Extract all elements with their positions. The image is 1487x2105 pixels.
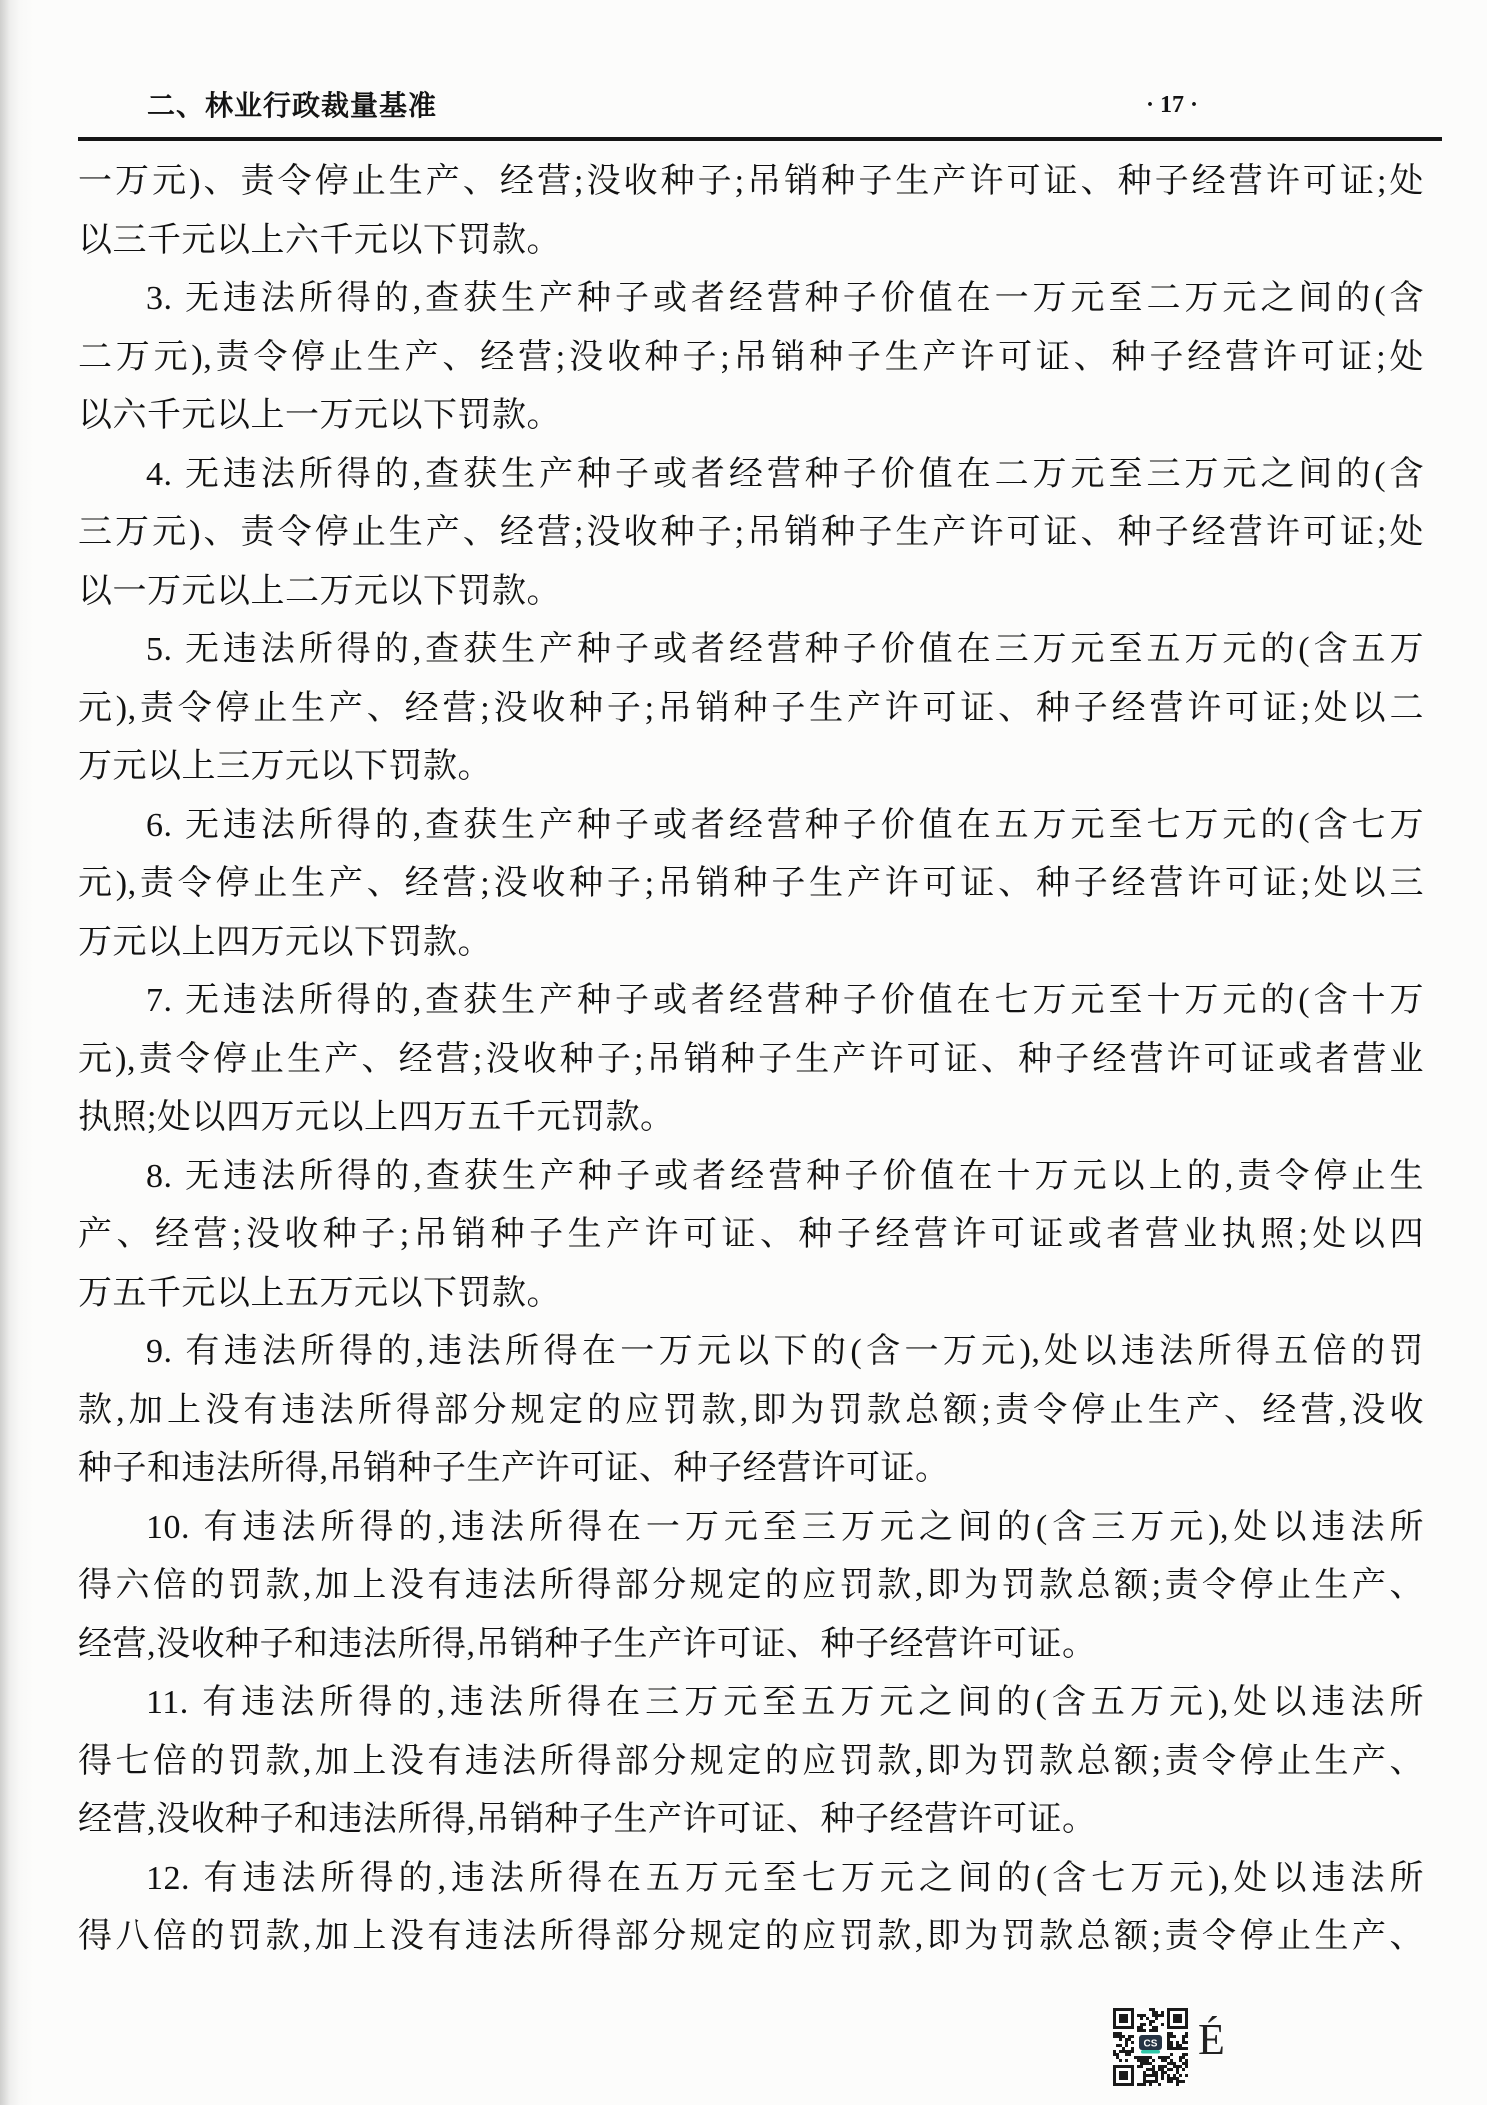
text-line: 7. 无违法所得的,查获生产种子或者经营种子价值在七万元至十万元的(含十万 <box>78 972 1424 1031</box>
text-line: 元),责令停止生产、经营;没收种子;吊销种子生产许可证、种子经营许可证;处以三 <box>78 855 1424 914</box>
text-line: 12. 有违法所得的,违法所得在五万元至七万元之间的(含七万元),处以违法所 <box>78 1850 1424 1909</box>
qr-finder-bottom-left <box>1113 2065 1134 2086</box>
text-line: 以六千元以上一万元以下罚款。 <box>78 387 1424 446</box>
watermark-letter: É <box>1198 2014 1225 2066</box>
text-line: 9. 有违法所得的,违法所得在一万元以下的(含一万元),处以违法所得五倍的罚 <box>78 1323 1424 1382</box>
text-line: 万五千元以上五万元以下罚款。 <box>78 1265 1424 1324</box>
text-line: 得八倍的罚款,加上没有违法所得部分规定的应罚款,即为罚款总额;责令停止生产、 <box>78 1908 1424 1967</box>
text-line: 元),责令停止生产、经营;没收种子;吊销种子生产许可证、种子经营许可证或者营业 <box>78 1031 1424 1090</box>
text-line: 以三千元以上六千元以下罚款。 <box>78 212 1424 271</box>
text-line: 11. 有违法所得的,违法所得在三万元至五万元之间的(含五万元),处以违法所 <box>78 1674 1424 1733</box>
text-line: 一万元)、责令停止生产、经营;没收种子;吊销种子生产许可证、种子经营许可证;处 <box>78 153 1424 212</box>
text-line: 4. 无违法所得的,查获生产种子或者经营种子价值在二万元至三万元之间的(含 <box>78 446 1424 505</box>
text-line: 种子和违法所得,吊销种子生产许可证、种子经营许可证。 <box>78 1440 1424 1499</box>
qr-center-logo: CS <box>1137 2033 1164 2055</box>
text-line: 产、经营;没收种子;吊销种子生产许可证、种子经营许可证或者营业执照;处以四 <box>78 1206 1424 1265</box>
qr-finder-top-right <box>1167 2008 1188 2029</box>
text-line: 5. 无违法所得的,查获生产种子或者经营种子价值在三万元至五万元的(含五万 <box>78 621 1424 680</box>
document-page: 二、林业行政裁量基准 · 17 · 一万元)、责令停止生产、经营;没收种子;吊销… <box>0 0 1487 2105</box>
text-line: 6. 无违法所得的,查获生产种子或者经营种子价值在五万元至七万元的(含七万 <box>78 797 1424 856</box>
page-number: · 17 · <box>1146 92 1198 119</box>
text-line: 以一万元以上二万元以下罚款。 <box>78 563 1424 622</box>
text-line: 得六倍的罚款,加上没有违法所得部分规定的应罚款,即为罚款总额;责令停止生产、 <box>78 1557 1424 1616</box>
body-text: 一万元)、责令停止生产、经营;没收种子;吊销种子生产许可证、种子经营许可证;处以… <box>78 153 1424 1967</box>
qr-code: CS <box>1113 2008 1188 2086</box>
text-line: 三万元)、责令停止生产、经营;没收种子;吊销种子生产许可证、种子经营许可证;处 <box>78 504 1424 563</box>
page-header-title: 二、林业行政裁量基准 <box>147 84 437 124</box>
text-line: 10. 有违法所得的,违法所得在一万元至三万元之间的(含三万元),处以违法所 <box>78 1499 1424 1558</box>
text-line: 得七倍的罚款,加上没有违法所得部分规定的应罚款,即为罚款总额;责令停止生产、 <box>78 1733 1424 1792</box>
text-line: 二万元),责令停止生产、经营;没收种子;吊销种子生产许可证、种子经营许可证;处 <box>78 329 1424 388</box>
qr-finder-top-left <box>1113 2008 1134 2029</box>
text-line: 万元以上四万元以下罚款。 <box>78 914 1424 973</box>
text-line: 万元以上三万元以下罚款。 <box>78 738 1424 797</box>
text-line: 元),责令停止生产、经营;没收种子;吊销种子生产许可证、种子经营许可证;处以二 <box>78 680 1424 739</box>
text-line: 经营,没收种子和违法所得,吊销种子生产许可证、种子经营许可证。 <box>78 1616 1424 1675</box>
header-rule <box>78 137 1442 141</box>
text-line: 8. 无违法所得的,查获生产种子或者经营种子价值在十万元以上的,责令停止生 <box>78 1148 1424 1207</box>
text-line: 3. 无违法所得的,查获生产种子或者经营种子价值在一万元至二万元之间的(含 <box>78 270 1424 329</box>
text-line: 款,加上没有违法所得部分规定的应罚款,即为罚款总额;责令停止生产、经营,没收 <box>78 1382 1424 1441</box>
text-line: 经营,没收种子和违法所得,吊销种子生产许可证、种子经营许可证。 <box>78 1791 1424 1850</box>
qr-logo-text: CS <box>1144 2039 1158 2050</box>
text-line: 执照;处以四万元以上四万五千元罚款。 <box>78 1089 1424 1148</box>
